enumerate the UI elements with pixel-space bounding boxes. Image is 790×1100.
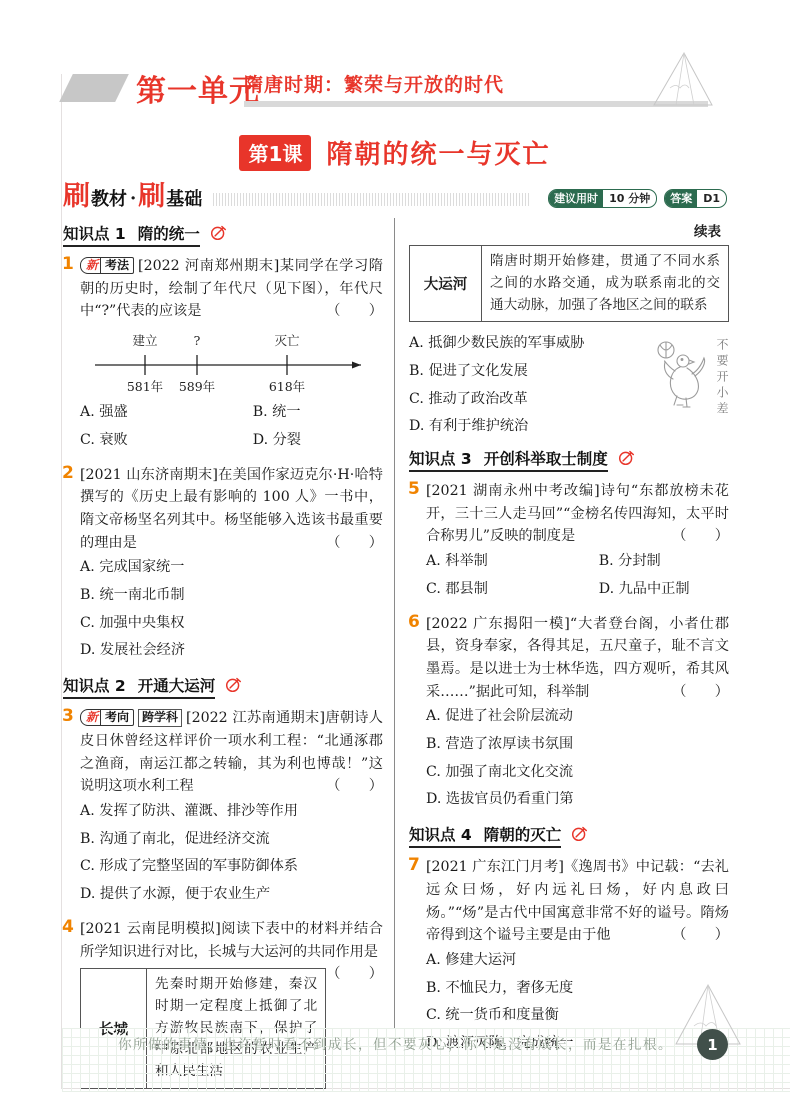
timeline-year: 618年 [268,379,304,394]
mascot-caption: 不要开小差 [714,338,731,418]
section-word-basics: 基础 [166,185,202,211]
timeline-label: ? [193,333,200,348]
option-a: A. 促进了社会阶层流动 [426,703,729,731]
option-b: B. 分封制 [599,548,729,576]
option-c: C. 加强了南北文化交流 [426,759,729,787]
question-5: 5 [2021 湖南永州中考改编]诗句“东都放榜未花开，三十三人走马回”“金榜名… [409,480,729,604]
options-list: A. 强盛 B. 统一 C. 衰败 D. 分裂 [80,399,383,454]
unit-parallelogram-decoration [59,74,129,102]
option-d: D. 选拔官员仍看重门第 [426,786,729,814]
answer-bracket: （ ） [326,300,383,323]
kp2-label: 知识点 2 [63,677,126,695]
lesson-number-badge: 第1课 [239,135,311,171]
section-dot: · [130,188,136,209]
lesson-title-row: 第1课 隋朝的统一与灭亡 [0,134,790,171]
option-b: B. 统一南北币制 [80,582,383,610]
unit-underline-bar [244,101,708,107]
knowledge-point-4-heading: 知识点 4隋朝的灭亡 [409,823,729,848]
motivational-quote: 你所做的事情，也许暂时看不到成长，但不要灰心，你不是没有成长，而是在扎根。 [118,1033,673,1053]
option-c: C. 形成了完整坚固的军事防御体系 [80,853,383,881]
question-1: 1 新考法[2022 河南郑州期末]某同学在学习隋朝的历史时，绘制了年代尺（见下… [63,255,383,455]
right-column: 续表 大运河 隋唐时期开始修建，贯通了不同水系之间的水路交通，成为联系南北的交通… [409,216,729,1067]
option-a: A. 科举制 [426,548,599,576]
option-a: A. 强盛 [80,399,253,427]
pencil-target-icon [225,676,242,693]
timeline-year: 581年 [126,379,162,394]
pencil-target-icon [210,224,227,241]
option-a: A. 修建大运河 [426,947,729,975]
brush-character: 刷 [63,183,90,210]
unit-label: 第一单元 [136,66,260,110]
grand-canal-table: 大运河 隋唐时期开始修建，贯通了不同水系之间的水路交通，成为联系南北的交通大动脉… [409,245,729,322]
option-b: B. 沟通了南北，促进经济交流 [80,826,383,854]
question-3: 3 新考向跨学科[2022 江苏南通期末]唐朝诗人皮日休曾经这样评价一项水利工程… [63,707,383,909]
options-list: A. 促进了社会阶层流动 B. 营造了浓厚读书氛围 C. 加强了南北文化交流 D… [426,703,729,814]
option-b: B. 统一 [253,399,383,427]
option-d: D. 发展社会经济 [80,637,383,665]
options-list: A. 完成国家统一 B. 统一南北币制 C. 加强中央集权 D. 发展社会经济 [80,554,383,665]
unit-title: 隋唐时期：繁荣与开放的时代 [244,70,708,97]
option-a: A. 完成国家统一 [80,554,383,582]
lesson-title: 隋朝的统一与灭亡 [327,134,551,171]
timeline-year: 589年 [178,379,214,394]
question-number: 2 [62,463,74,483]
question-2: 2 [2021 山东济南期末]在美国作家迈克尔·H·哈特撰写的《历史上最有影响的… [63,464,383,666]
kp1-title: 隋的统一 [138,225,200,243]
knowledge-point-1-heading: 知识点 1隋的统一 [63,222,383,247]
tag-type: 考法 [100,258,133,273]
new-exam-style-tag: 新考法 [80,257,134,274]
options-list: A. 发挥了防洪、灌溉、排沙等作用 B. 沟通了南北，促进经济交流 C. 形成了… [80,798,383,909]
knowledge-point-3-heading: 知识点 3开创科举取士制度 [409,447,729,472]
answer-bracket: （ ） [326,775,383,798]
kp1-label: 知识点 1 [63,225,126,243]
suggested-time-badge: 建议用时 10 分钟 [548,189,657,208]
question-source: [2022 河南郑州期末] [138,258,279,274]
question-number: 5 [408,479,420,499]
suggested-time-label: 建议用时 [549,189,603,208]
answer-bracket: （ ） [672,525,729,548]
answer-bracket: （ ） [326,963,383,986]
table-header-cell: 大运河 [410,246,482,321]
answer-page-badge: 答案 D1 [664,189,727,208]
kp2-title: 开通大运河 [138,677,216,695]
tag-new: 新 [81,710,100,725]
section-word-textbook: 教材 [91,185,127,211]
option-c: C. 郡县制 [426,576,599,604]
brush-character: 刷 [138,183,165,210]
pencil-target-icon [618,449,635,466]
stripe-divider-decoration [213,193,531,206]
knowledge-point-2-heading: 知识点 2开通大运河 [63,674,383,699]
answer-bracket: （ ） [672,924,729,947]
question-number: 7 [408,855,420,875]
new-exam-direction-tag: 新考向 [80,709,134,726]
kp3-label: 知识点 3 [409,450,472,468]
pyramid-sketch-icon [650,50,714,108]
kp3-title: 开创科举取士制度 [484,450,608,468]
timeline-label: 建立 [132,333,158,348]
question-number: 1 [62,254,74,274]
question-number: 3 [62,706,74,726]
column-divider [394,218,395,1028]
table-body-cell: 隋唐时期开始修建，贯通了不同水系之间的水路交通，成为联系南北的交通大动脉，加强了… [482,246,728,321]
option-c: C. 加强中央集权 [80,610,383,638]
question-source: [2021 广东江门月考] [426,859,564,875]
page-number-badge: 1 [697,1029,728,1060]
options-list: A. 科举制 B. 分封制 C. 郡县制 D. 九品中正制 [426,548,729,603]
option-d: D. 提供了水源，便于农业生产 [80,881,383,909]
question-number: 6 [408,612,420,632]
timeline-diagram: 建立 ? 灭亡 581年 589年 618年 [87,327,377,397]
question-6: 6 [2022 广东揭阳一模]“大者登台阁，小者仕郡县，资身奉家，各得其足，五尺… [409,613,729,815]
section-header: 刷 教材 · 刷 基础 建议用时 10 分钟 答案 D1 [63,182,727,210]
question-source: [2022 江苏南通期末] [186,710,325,726]
option-d: D. 分裂 [253,427,383,455]
question-source: [2021 湖南永州中考改编] [426,483,600,499]
question-source: [2022 广东揭阳一模] [426,616,570,632]
timeline-label: 灭亡 [274,333,300,348]
question-source: [2021 山东济南期末] [80,467,218,483]
answer-label: 答案 [665,189,697,208]
mascot-note: 不要开小差 [653,338,731,418]
question-number: 4 [62,917,74,937]
option-d: D. 九品中正制 [599,576,729,604]
option-a: A. 发挥了防洪、灌溉、排沙等作用 [80,798,383,826]
kp4-title: 隋朝的灭亡 [484,826,562,844]
cross-subject-tag: 跨学科 [138,709,182,727]
suggested-time-value: 10 分钟 [603,190,656,206]
answer-value: D1 [697,192,726,205]
tag-new: 新 [81,258,100,273]
option-c: C. 衰败 [80,427,253,455]
tag-type: 考向 [100,710,133,725]
mascot-bird-icon [653,338,711,412]
question-source: [2021 云南昆明模拟] [80,921,221,937]
answer-bracket: （ ） [326,532,383,555]
left-column: 知识点 1隋的统一 1 新考法[2022 河南郑州期末]某同学在学习隋朝的历史时… [63,216,383,1098]
option-b: B. 营造了浓厚读书氛围 [426,731,729,759]
continued-table-label: 续表 [409,220,721,240]
kp4-label: 知识点 4 [409,826,472,844]
answer-bracket: （ ） [672,681,729,704]
pencil-target-icon [571,825,588,842]
